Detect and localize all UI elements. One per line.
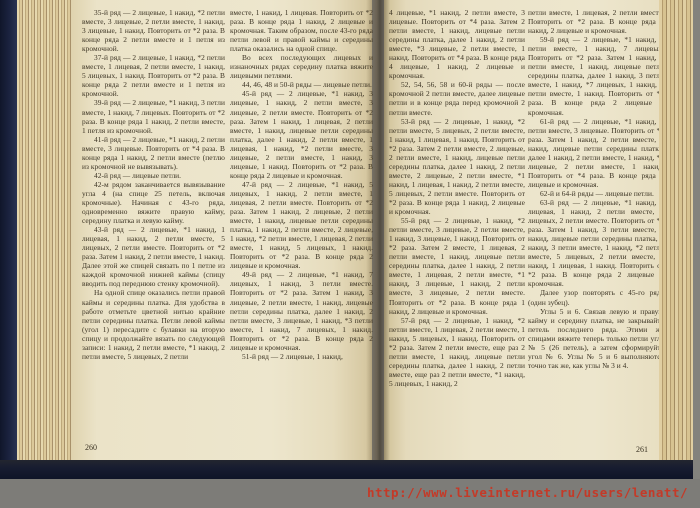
right-page-fore-edge xyxy=(659,0,693,471)
paragraph: 51-й ряд — 2 лицевые, 1 накид, xyxy=(230,352,373,361)
page-number-left: 260 xyxy=(85,443,97,452)
paragraph: 63-й ряд — 2 лицевые, *1 накид, 1 лицева… xyxy=(528,198,664,288)
left-page-edges xyxy=(17,0,71,473)
paragraph: 42-м рядом заканчивается вывязывание угл… xyxy=(82,180,225,225)
paragraph: 59-й ряд — 2 лицевые, *1 накид, 3 петли … xyxy=(528,35,664,116)
paragraph: 4 лицевые, *1 накид, 2 петли вместе, 3 л… xyxy=(389,8,525,80)
right-page: 4 лицевые, *1 накид, 2 петли вместе, 3 л… xyxy=(384,0,659,466)
book-cover-bottom-edge xyxy=(0,460,693,480)
paragraph: 47-й ряд — 2 лицевые, *1 накид, 5 лицевы… xyxy=(230,180,373,270)
left-page-column-2: вместе, 1 накид, 1 лицевая. Повторить от… xyxy=(230,8,373,446)
book-photo: 35-й ряд — 2 лицевые, 1 накид, *2 петли … xyxy=(0,0,700,508)
paragraph: 44, 46, 48 и 50-й ряды — лицевые петли. xyxy=(230,80,373,89)
spine-shadow xyxy=(366,0,390,464)
paragraph: петли вместе, 1 лицевая, 2 петли вместе.… xyxy=(528,8,664,35)
paragraph: 39-й ряд — 2 лицевые, *1 накид, 3 петли … xyxy=(82,98,225,134)
left-page-column-1: 35-й ряд — 2 лицевые, 1 накид, *2 петли … xyxy=(82,8,225,446)
paragraph: Углы 5 и 6. Связав левую и правую кайму … xyxy=(528,307,664,370)
right-page-column-1: 4 лицевые, *1 накид, 2 петли вместе, 3 л… xyxy=(389,8,525,446)
paragraph: Во всех последующих лицевых и изнаночных… xyxy=(230,53,373,80)
paragraph: Далее узор повторять с 45-го ряда (один … xyxy=(528,288,664,306)
paragraph: 37-й ряд — 2 лицевые, 1 накид, *2 петли … xyxy=(82,53,225,98)
paragraph: 62-й и 64-й ряды — лицевые петли. xyxy=(528,189,664,198)
paragraph: 49-й ряд — 2 лицевые, *1 накид, 7 лицевы… xyxy=(230,270,373,351)
right-page-column-2: петли вместе, 1 лицевая, 2 петли вместе.… xyxy=(528,8,664,446)
scan-background-strip: http://www.liveinternet.ru/users/lenatt/ xyxy=(0,479,700,508)
paragraph: На одной спице оказались петли правой ка… xyxy=(82,288,225,360)
paragraph: 53-й ряд — 2 лицевые, 1 накид, *2 петли … xyxy=(389,117,525,217)
paragraph: 57-й ряд — 2 лицевые, 1 накид, *2 петли … xyxy=(389,316,525,388)
paragraph: 45-й ряд — 2 лицевые, *1 накид, 3 лицевы… xyxy=(230,89,373,179)
paragraph: 41-й ряд — 2 лицевые, *1 накид, 2 петли … xyxy=(82,135,225,171)
paragraph: 55-й ряд — 2 лицевые, 1 накид, *2 петли … xyxy=(389,216,525,316)
left-page: 35-й ряд — 2 лицевые, 1 накид, *2 петли … xyxy=(71,0,372,466)
book-cover-left-edge xyxy=(0,0,17,479)
paragraph: вместе, 1 накид, 1 лицевая. Повторить от… xyxy=(230,8,373,53)
paragraph: 42-й ряд — лицевые петли. xyxy=(82,171,225,180)
paragraph: 52, 54, 56, 58 и 60-й ряды — после кромо… xyxy=(389,80,525,116)
paragraph: 35-й ряд — 2 лицевые, 1 накид, *2 петли … xyxy=(82,8,225,53)
paragraph: 61-й ряд — 2 лицевые, *1 накид, 2 петли … xyxy=(528,117,664,189)
watermark-url: http://www.liveinternet.ru/users/lenatt/ xyxy=(367,485,688,500)
paragraph: 43-й ряд — 2 лицевые, *1 накид, 1 лицева… xyxy=(82,225,225,288)
background-right-strip xyxy=(693,0,700,480)
page-number-right: 261 xyxy=(636,445,648,454)
